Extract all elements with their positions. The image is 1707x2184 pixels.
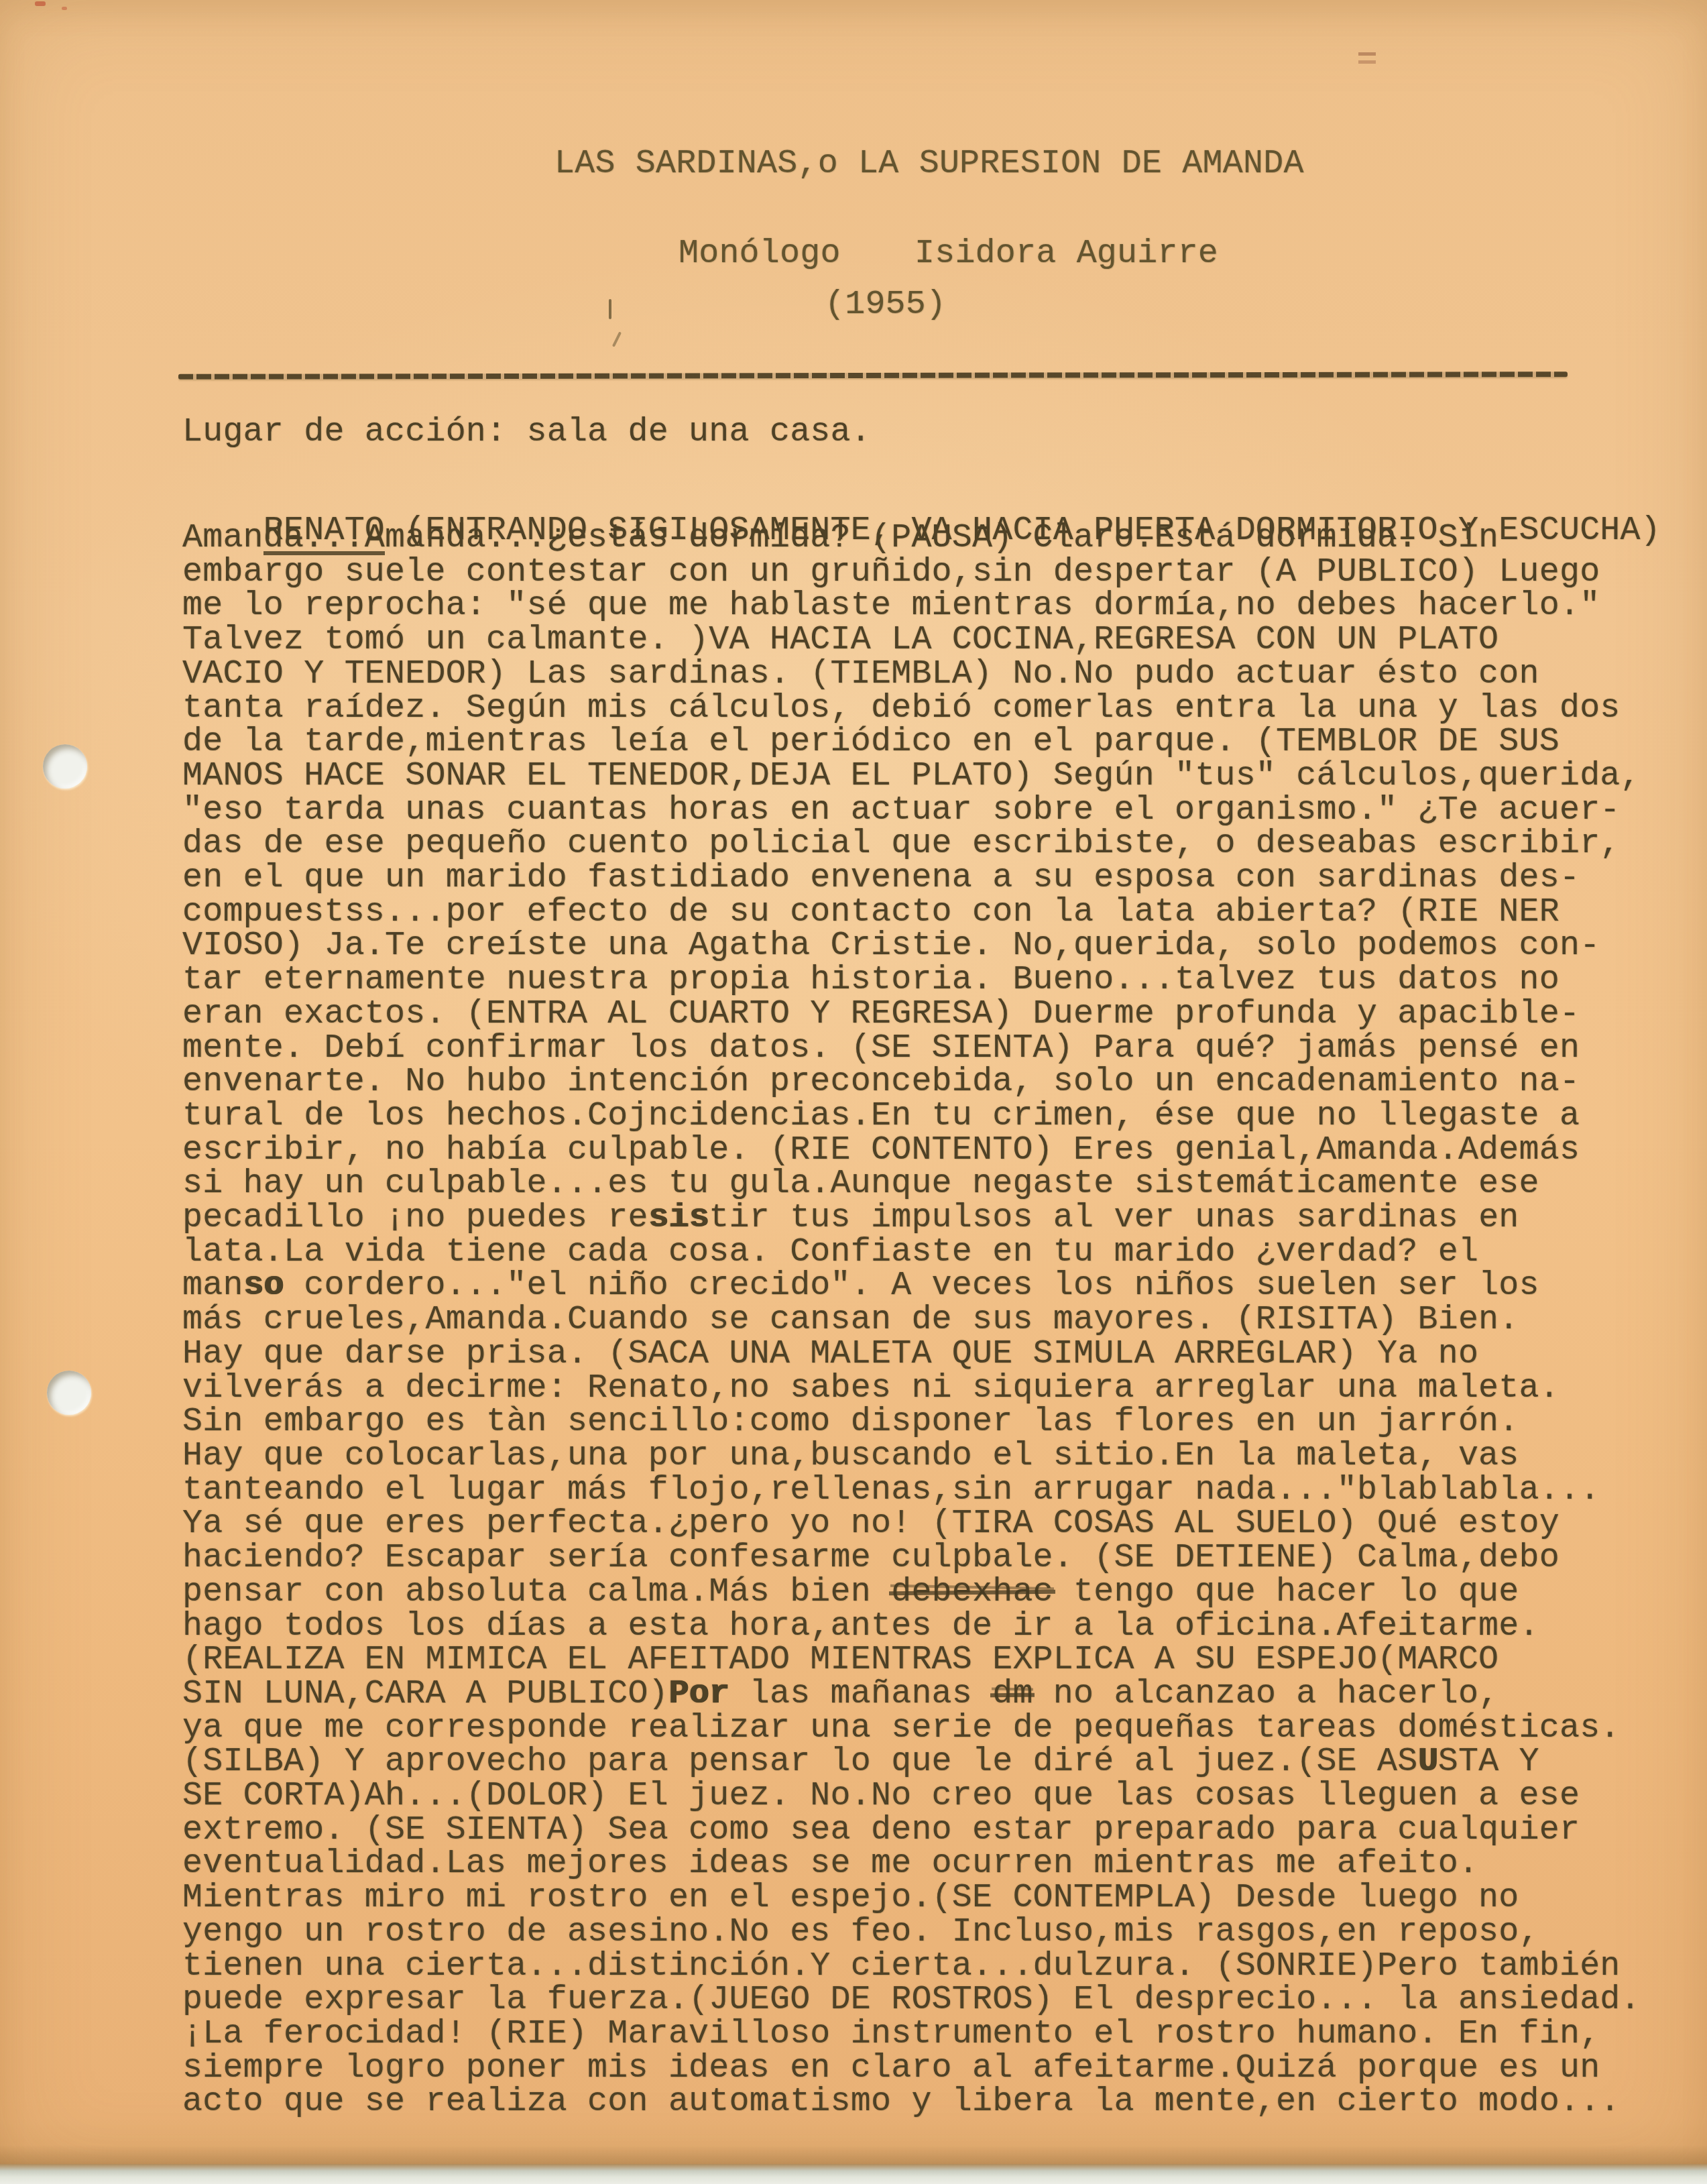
monologue-line: eventualidad.Las mejores ideas se me ocu… <box>182 1847 1641 1882</box>
text-run: mente. Debí confirmar los datos. (SE SIE… <box>182 1029 1580 1068</box>
text-run: tengo que hacer lo que <box>1053 1573 1519 1611</box>
text-run: (SILBA) Y aprovecho para pensar lo que l… <box>182 1743 1418 1781</box>
scanned-typescript-page: LAS SARDINAS,o LA SUPRESION DE AMANDA Mo… <box>0 0 1707 2184</box>
text-run: ¡La ferocidad! (RIE) Maravilloso instrum… <box>182 2015 1600 2053</box>
text-run: me lo reprocha: "sé que me hablaste mien… <box>182 587 1600 625</box>
monologue-line: tural de los hechos.Cojncidencias.En tu … <box>182 1100 1641 1134</box>
text-run: Hay que colocarlas,una por una,buscando … <box>182 1437 1519 1475</box>
struck-out-text: dm <box>992 1675 1033 1713</box>
text-run: Talvez tomó un calmante. )VA HACIA LA CO… <box>182 621 1498 659</box>
scene-heading: Lugar de acción: sala de una casa. <box>182 416 871 450</box>
form-label: Monólogo <box>679 237 841 272</box>
text-run: eventualidad.Las mejores ideas se me ocu… <box>182 1845 1478 1883</box>
text-run: Sin embargo es tàn sencillo:como dispone… <box>182 1403 1519 1441</box>
monologue-line: Mientras miro mi rostro en el espejo.(SE… <box>182 1882 1641 1916</box>
text-run: vilverás a decirme: Renato,no sabes ni s… <box>182 1369 1559 1407</box>
monologue-line: das de ese pequeño cuento policial que e… <box>182 827 1641 862</box>
monologue-line: acto que se realiza con automatismo y li… <box>182 2085 1641 2120</box>
text-run: compuestss...por efecto de su contacto c… <box>182 893 1559 931</box>
text-run: Mientras miro mi rostro en el espejo.(SE… <box>182 1879 1519 1917</box>
text-run: (REALIZA EN MIMICA EL AFEITADO MIENTRAS … <box>182 1641 1498 1679</box>
monologue-line: tienen una cierta...distinción.Y cierta.… <box>182 1950 1641 1984</box>
text-run: tar eternamente nuestra propia historia.… <box>182 961 1559 999</box>
monologue-line: (REALIZA EN MIMICA EL AFEITADO MIENTRAS … <box>182 1644 1641 1678</box>
monologue-line: SIN LUNA,CARA A PUBLICO)Por las mañanas … <box>182 1678 1641 1712</box>
text-run: tanta raídez. Según mis cálculos, debió … <box>182 689 1621 728</box>
text-run: Ya sé que eres perfecta.¿pero yo no! (TI… <box>182 1505 1559 1543</box>
punch-hole <box>47 1371 91 1415</box>
author-name: Isidora Aguirre <box>915 237 1218 272</box>
monologue-line: haciendo? Escapar sería confesarme culpb… <box>182 1542 1641 1576</box>
text-run: si hay un culpable...es tu gula.Aunque n… <box>182 1165 1539 1203</box>
monologue-line: compuestss...por efecto de su contacto c… <box>182 896 1641 930</box>
monologue-line: hago todos los días a esta hora,antes de… <box>182 1610 1641 1644</box>
monologue-line: Sin embargo es tàn sencillo:como dispone… <box>182 1405 1641 1440</box>
typed-divider-rule <box>178 371 1568 380</box>
text-run: SE CORTA)Ah...(DOLOR) El juez. No.No cre… <box>182 1777 1580 1815</box>
monologue-line: tanta raídez. Según mis cálculos, debió … <box>182 692 1641 726</box>
text-run: tir tus impulsos al ver unas sardinas en <box>709 1199 1519 1237</box>
monologue-line: de la tarde,mientras leía el periódico e… <box>182 726 1641 760</box>
monologue-line: me lo reprocha: "sé que me hablaste mien… <box>182 589 1641 624</box>
stray-ink-mark <box>1358 52 1376 56</box>
text-run: escribir, no había culpable. (RIE CONTEN… <box>182 1131 1580 1169</box>
text-run: VACIO Y TENEDOR) Las sardinas. (TIEMBLA)… <box>182 655 1539 693</box>
text-run: lata.La vida tiene cada cosa. Confiaste … <box>182 1233 1478 1271</box>
text-run: hago todos los días a esta hora,antes de… <box>182 1607 1539 1646</box>
text-run: siempre logro poner mis ideas en claro a… <box>182 2049 1600 2087</box>
monologue-line: tanteando el lugar más flojo,rellenas,si… <box>182 1474 1641 1508</box>
text-run: pensar con absoluta calma.Más bien <box>182 1573 891 1611</box>
monologue-line: ¡La ferocidad! (RIE) Maravilloso instrum… <box>182 2018 1641 2052</box>
text-run: de la tarde,mientras leía el periódico e… <box>182 723 1559 761</box>
stray-ink-mark <box>609 299 611 319</box>
monologue-line: SE CORTA)Ah...(DOLOR) El juez. No.No cre… <box>182 1780 1641 1814</box>
text-run: ya que me corresponde realizar una serie… <box>182 1709 1621 1747</box>
red-ink-speck <box>62 7 67 10</box>
monologue-line: si hay un culpable...es tu gula.Aunque n… <box>182 1167 1641 1202</box>
text-run: man <box>182 1267 243 1305</box>
text-run: tural de los hechos.Cojncidencias.En tu … <box>182 1097 1580 1135</box>
monologue-line: Ya sé que eres perfecta.¿pero yo no! (TI… <box>182 1507 1641 1542</box>
monologue-line: Amanda...Amanda...¿estás dormida? (PAUSA… <box>182 522 1641 556</box>
text-run: das de ese pequeño cuento policial que e… <box>182 825 1621 863</box>
monologue-line: vilverás a decirme: Renato,no sabes ni s… <box>182 1372 1641 1406</box>
text-run: pecadillo ¡no puedes re <box>182 1199 648 1237</box>
monologue-line: pensar con absoluta calma.Más bien debex… <box>182 1576 1641 1610</box>
stray-ink-mark <box>612 331 622 347</box>
monologue-line: escribir, no había culpable. (RIE CONTEN… <box>182 1134 1641 1168</box>
text-run: las mañanas <box>729 1675 993 1713</box>
text-run: acto que se realiza con automatismo y li… <box>182 2083 1621 2121</box>
text-run: tanteando el lugar más flojo,rellenas,si… <box>182 1471 1600 1509</box>
overstruck-text: U <box>1418 1743 1438 1781</box>
struck-out-text: debexhac <box>891 1573 1053 1611</box>
monologue-line: extremo. (SE SIENTA) Sea como sea deno e… <box>182 1814 1641 1848</box>
text-run: Amanda...Amanda...¿estás dormida? (PAUSA… <box>182 519 1498 557</box>
monologue-line: tar eternamente nuestra propia historia.… <box>182 964 1641 998</box>
text-run: SIN LUNA,CARA A PUBLICO) <box>182 1675 668 1713</box>
monologue-line: Talvez tomó un calmante. )VA HACIA LA CO… <box>182 624 1641 658</box>
punch-hole <box>43 744 87 789</box>
text-run: extremo. (SE SIENTA) Sea como sea deno e… <box>182 1811 1580 1849</box>
text-run: embargo suele contestar con un gruñido,s… <box>182 553 1600 591</box>
monologue-line: Hay que darse prisa. (SACA UNA MALETA QU… <box>182 1338 1641 1372</box>
text-run: en el que un marido fastidiado envenena … <box>182 859 1580 897</box>
monologue-line: mente. Debí confirmar los datos. (SE SIE… <box>182 1032 1641 1066</box>
monologue-line: "eso tarda unas cuantas horas en actuar … <box>182 794 1641 828</box>
monologue-line: más crueles,Amanda.Cuando se cansan de s… <box>182 1304 1641 1338</box>
monologue-line: manso cordero..."el niño crecido". A vec… <box>182 1269 1641 1304</box>
monologue-line: VACIO Y TENEDOR) Las sardinas. (TIEMBLA)… <box>182 658 1641 692</box>
red-ink-speck <box>35 1 46 6</box>
page-bottom-shadow <box>0 2145 1707 2165</box>
text-run: STA Y <box>1438 1743 1539 1781</box>
text-run: envenarte. No hubo intención preconcebid… <box>182 1063 1580 1101</box>
overstruck-text: sis <box>648 1199 709 1237</box>
monologue-text: Amanda...Amanda...¿estás dormida? (PAUSA… <box>182 522 1641 2120</box>
monologue-line: MANOS HACE SONAR EL TENEDOR,DEJA EL PLAT… <box>182 760 1641 794</box>
monologue-line: embargo suele contestar con un gruñido,s… <box>182 556 1641 590</box>
text-run: puede expresar la fuerza.(JUEGO DE ROSTR… <box>182 1981 1641 2019</box>
text-run: eran exactos. (ENTRA AL CUARTO Y REGRESA… <box>182 995 1580 1033</box>
overstruck-text: so <box>243 1267 284 1305</box>
monologue-line: envenarte. No hubo intención preconcebid… <box>182 1066 1641 1100</box>
monologue-line: VIOSO) Ja.Te creíste una Agatha Cristie.… <box>182 929 1641 964</box>
text-run: tienen una cierta...distinción.Y cierta.… <box>182 1947 1621 1986</box>
monologue-line: en el que un marido fastidiado envenena … <box>182 862 1641 896</box>
monologue-line: yengo un rostro de asesino.No es feo. In… <box>182 1916 1641 1950</box>
monologue-line: lata.La vida tiene cada cosa. Confiaste … <box>182 1236 1641 1270</box>
text-run: más crueles,Amanda.Cuando se cansan de s… <box>182 1301 1519 1339</box>
scanner-edge-strip <box>0 2164 1707 2184</box>
monologue-line: eran exactos. (ENTRA AL CUARTO Y REGRESA… <box>182 998 1641 1032</box>
text-run: yengo un rostro de asesino.No es feo. In… <box>182 1913 1539 1951</box>
text-run: cordero..."el niño crecido". A veces los… <box>284 1267 1539 1305</box>
year-label: (1955) <box>825 288 946 323</box>
overstruck-text: Por <box>668 1675 729 1713</box>
monologue-line: (SILBA) Y aprovecho para pensar lo que l… <box>182 1745 1641 1780</box>
monologue-line: siempre logro poner mis ideas en claro a… <box>182 2052 1641 2086</box>
monologue-line: puede expresar la fuerza.(JUEGO DE ROSTR… <box>182 1984 1641 2018</box>
text-run: haciendo? Escapar sería confesarme culpb… <box>182 1539 1559 1577</box>
monologue-line: pecadillo ¡no puedes resistir tus impuls… <box>182 1202 1641 1236</box>
text-run: MANOS HACE SONAR EL TENEDOR,DEJA EL PLAT… <box>182 757 1641 795</box>
monologue-line: Hay que colocarlas,una por una,buscando … <box>182 1440 1641 1474</box>
text-run: VIOSO) Ja.Te creíste una Agatha Cristie.… <box>182 927 1600 965</box>
monologue-line: ya que me corresponde realizar una serie… <box>182 1712 1641 1746</box>
text-run: no alcanzao a hacerlo, <box>1033 1675 1499 1713</box>
text-run: Hay que darse prisa. (SACA UNA MALETA QU… <box>182 1335 1478 1373</box>
text-run: "eso tarda unas cuantas horas en actuar … <box>182 791 1621 829</box>
page-title: LAS SARDINAS,o LA SUPRESION DE AMANDA <box>554 148 1304 182</box>
